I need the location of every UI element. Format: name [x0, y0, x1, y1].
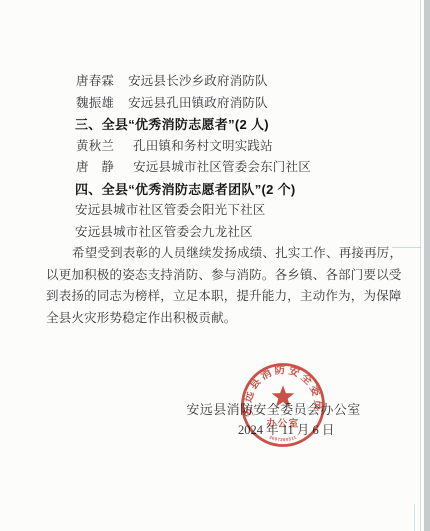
- seal-serial-number: 3607260511: [269, 435, 298, 443]
- award-row: 唐 静安远县城市社区管委会东门社区: [46, 157, 380, 179]
- section4-heading: 四、全县“优秀消防志愿者团队”(2 个): [46, 179, 380, 201]
- seal-bottom-text: 办公室: [267, 417, 300, 430]
- official-seal: 安远县消防安全委员会 办公室 3607260511: [239, 361, 327, 449]
- section3-heading: 三、全县“优秀消防志愿者”(2 人): [46, 114, 380, 136]
- scan-artifact: [414, 504, 415, 531]
- award-row: 黄秋兰孔田镇和务村文明实践站: [46, 136, 380, 158]
- team-row: 安远县城市社区管委会阳光下社区: [46, 200, 380, 222]
- scan-edge-line: [420, 0, 421, 531]
- fold-mark: [392, 247, 421, 248]
- award-row: 魏振雄安远县孔田镇政府消防队: [46, 93, 380, 115]
- awardee-name: 唐 静: [76, 157, 114, 179]
- awardee-name: 唐春霖: [76, 71, 114, 93]
- team-row: 安远县城市社区管委会九龙社区: [46, 222, 380, 244]
- scan-edge-band: [424, 0, 430, 531]
- awardee-name: 魏振雄: [76, 93, 114, 115]
- closing-paragraph-line: 全县火灾形势稳定作出积极贡献。: [46, 308, 380, 330]
- closing-paragraph-line: 希望受到表彰的人员继续发扬成绩、扎实工作、再接再厉，: [46, 243, 380, 265]
- star-icon: [272, 385, 295, 406]
- closing-paragraph-line: 到表扬的同志为榜样，立足本职，提升能力，主动作为，为保障: [46, 286, 380, 308]
- official-seal-graphic: 安远县消防安全委员会 办公室 3607260511: [239, 361, 327, 449]
- document-body: 唐春霖安远县长沙乡政府消防队 魏振雄安远县孔田镇政府消防队 三、全县“优秀消防志…: [46, 71, 380, 330]
- closing-paragraph-line: 以更加积极的姿态支持消防、参与消防。各乡镇、各部门要以受: [46, 265, 380, 287]
- award-row: 唐春霖安远县长沙乡政府消防队: [46, 71, 380, 93]
- awardee-org: 安远县城市社区管委会东门社区: [133, 160, 311, 174]
- awardee-name: 黄秋兰: [76, 136, 114, 158]
- awardee-org: 安远县孔田镇政府消防队: [128, 96, 268, 110]
- scanned-document-page: 唐春霖安远县长沙乡政府消防队 魏振雄安远县孔田镇政府消防队 三、全县“优秀消防志…: [0, 0, 430, 531]
- awardee-org: 安远县长沙乡政府消防队: [128, 74, 268, 88]
- awardee-org: 孔田镇和务村文明实践站: [133, 139, 273, 153]
